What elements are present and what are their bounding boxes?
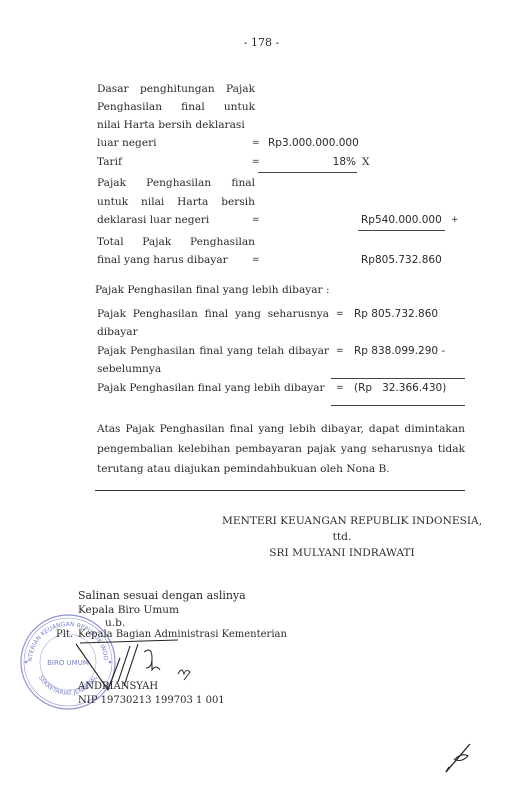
label-telah-line2: sebelumnya [97,361,161,378]
separator-line [95,490,465,491]
label-dasar-line3: nilai Harta bersih deklarasi [97,117,245,134]
overpaid-heading: Pajak Penghasilan final yang lebih dibay… [95,282,330,299]
sum-line [358,230,445,231]
page-number: - 178 - [0,36,523,49]
certified-copy-line2: Kepala Biro Umum [78,603,179,617]
sum-line [258,172,357,173]
label-seharusnya-line2: dibayar [97,324,138,341]
label-total-line1: Total Pajak Penghasilan [97,234,255,251]
value-total: Rp805.732.860 [361,252,442,269]
equals-sign: = [336,343,344,360]
handwritten-signature-icon [60,630,200,700]
multiply-operator: X [362,154,370,171]
certified-copy-line1: Salinan sesuai dengan aslinya [78,589,246,603]
value-pph: Rp540.000.000 [361,212,442,229]
value-telah: Rp 838.099.290 - [354,343,445,360]
equals-sign: = [336,380,344,397]
label-dasar-line1: Dasar penghitungan Pajak [97,81,255,98]
double-underline [331,405,465,406]
value-dasar: Rp3.000.000.000 [268,135,359,152]
initial-paraf-icon [440,740,480,785]
equals-sign: = [252,252,260,269]
label-pph-line1: Pajak Penghasilan final [97,175,255,192]
label-telah-line1: Pajak Penghasilan final yang telah dibay… [97,343,329,360]
ttd-text: ttd. [222,529,462,545]
label-pph-line3: deklarasi luar negeri [97,212,209,229]
sum-line [331,378,465,379]
label-dasar-line4: luar negeri [97,135,157,152]
closing-paragraph: Atas Pajak Penghasilan final yang lebih … [97,419,465,479]
label-lebih: Pajak Penghasilan final yang lebih dibay… [97,380,325,397]
value-tarif: 18% [258,154,356,171]
equals-sign: = [252,212,260,229]
value-lebih: (Rp 32.366.430) [354,380,446,397]
label-total-line2: final yang harus dibayar [97,252,228,269]
plus-operator: + [451,212,459,229]
equals-sign: = [252,135,260,152]
equals-sign: = [336,306,344,323]
signatory-name: SRI MULYANI INDRAWATI [222,545,462,561]
label-pph-line2: untuk nilai Harta bersih [97,194,255,211]
label-tarif: Tarif [97,154,122,171]
signatory-title: MENTERI KEUANGAN REPUBLIK INDONESIA, [222,513,482,529]
value-seharusnya: Rp 805.732.860 [354,306,438,323]
label-dasar-line2: Penghasilan final untuk [97,99,255,116]
label-seharusnya-line1: Pajak Penghasilan final yang seharusnya [97,306,329,323]
